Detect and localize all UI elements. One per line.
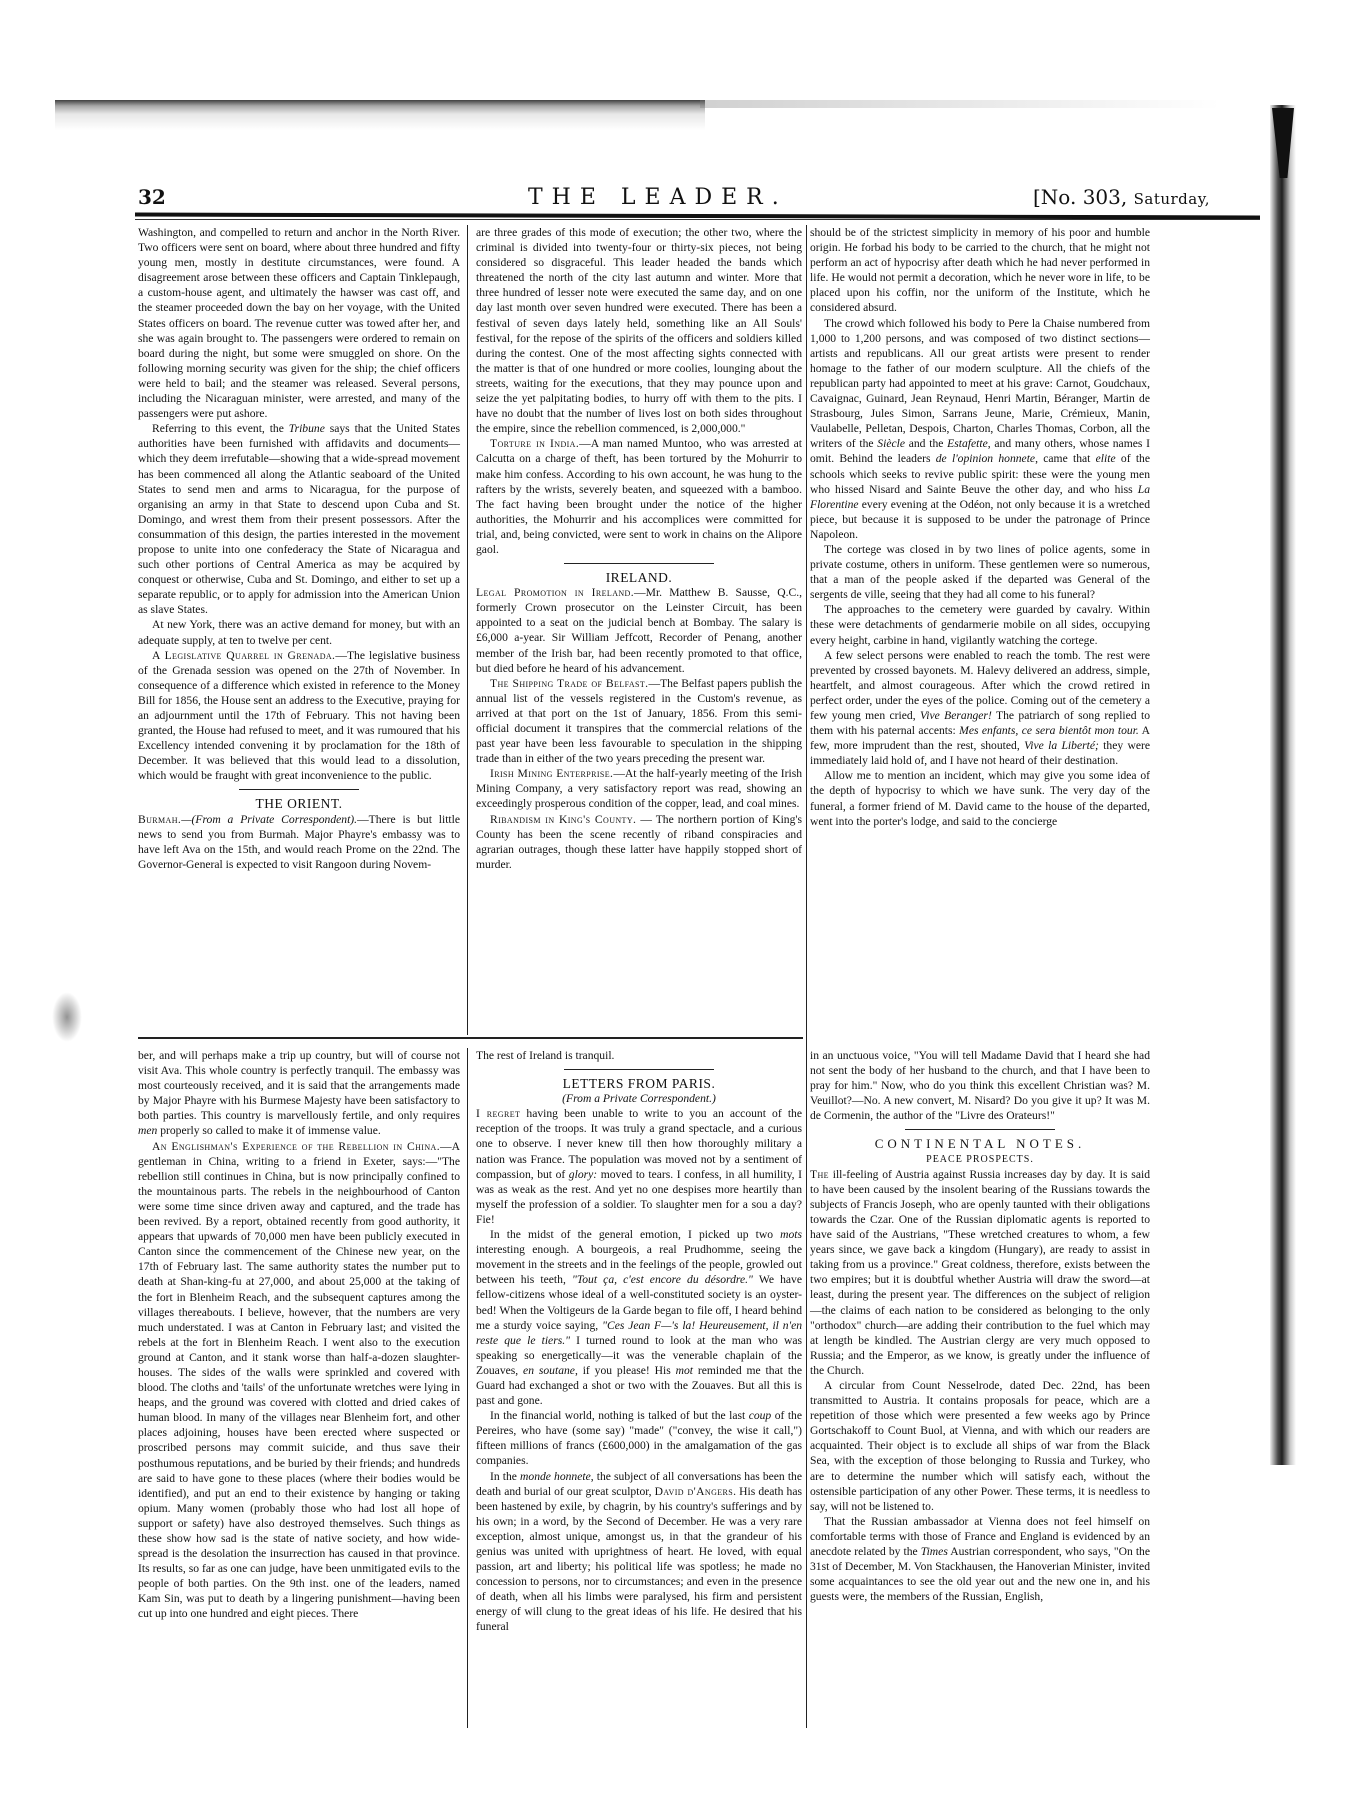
foreign-phrase: de l'opinion honnete [936, 452, 1035, 465]
text: —Mr. Matthew B. Sausse, Q.C., formerly C… [476, 586, 802, 674]
masthead-rule-thin [135, 219, 1260, 220]
scan-shadow-right-edge [1270, 105, 1296, 1465]
column-rule-2-bottom [806, 1030, 807, 1728]
paragraph: should be of the strictest simplicity in… [810, 225, 1150, 316]
section-heading-continental-notes: CONTINENTAL NOTES. [810, 1136, 1150, 1151]
text: ill-feeling of Austria against Russia in… [810, 1168, 1150, 1377]
newspaper-name: Siècle [877, 437, 905, 450]
divider [239, 789, 359, 790]
subheading-peace-prospects: PEACE PROSPECTS. [810, 1152, 1150, 1167]
foreign-phrase: en soutane [523, 1364, 575, 1377]
text: and the [905, 437, 947, 450]
text: , if you please! His [575, 1364, 676, 1377]
text: —A gentleman in China, writing to a frie… [138, 1140, 460, 1621]
paragraph: The Shipping Trade of Belfast.—The Belfa… [476, 676, 802, 767]
person-name: David d'Angers [655, 1485, 734, 1498]
newspaper-name: Times [921, 1545, 948, 1558]
newspaper-title: THE LEADER. [528, 185, 788, 210]
article-run-in-head: Ribandism in King's County. [490, 813, 636, 826]
paragraph: in an unctuous voice, "You will tell Mad… [810, 1048, 1150, 1123]
article-run-in-head: Torture in India. [490, 437, 579, 450]
foreign-phrase: Vive la Liberté; [1024, 739, 1099, 752]
column-2-top: are three grades of this mode of executi… [476, 225, 802, 872]
paragraph: Burmah.—(From a Private Correspondent).—… [138, 812, 460, 872]
text: . His death has been hastened by exile, … [476, 1485, 802, 1634]
newspaper-name: Tribune [289, 422, 325, 435]
paragraph: Legal Promotion in Ireland.—Mr. Matthew … [476, 585, 802, 676]
paragraph: At new York, there was an active demand … [138, 617, 460, 647]
paragraph: A circular from Count Nesselrode, dated … [810, 1378, 1150, 1514]
article-run-in-head: Legal Promotion in Ireland. [476, 586, 634, 599]
paragraph: Irish Mining Enterprise.—At the half-yea… [476, 766, 802, 811]
text: In the midst of the general emotion, I p… [490, 1228, 780, 1241]
paragraph: Referring to this event, the Tribune say… [138, 421, 460, 617]
paragraph: An Englishman's Experience of the Rebell… [138, 1139, 460, 1622]
divider [564, 1069, 714, 1070]
section-heading-orient: THE ORIENT. [138, 796, 460, 811]
text: —The legislative business of the Grenada… [138, 649, 460, 783]
byline: —(From a Private Correspondent). [181, 813, 357, 826]
column-1-bottom: ber, and will perhaps make a trip up cou… [138, 1048, 460, 1622]
paragraph: Washington, and compelled to return and … [138, 225, 460, 421]
column-rule-2-top [806, 225, 807, 1035]
text: , came that [1035, 452, 1096, 465]
column-3-top: should be of the strictest simplicity in… [810, 225, 1150, 829]
issue-number: [No. 303, [1033, 185, 1134, 209]
article-run-in-head: A Legislative Quarrel in Grenada. [152, 649, 335, 662]
section-break-rule [138, 1037, 803, 1039]
foreign-phrase: mot [676, 1364, 693, 1377]
masthead: 32 THE LEADER. [No. 303, Saturday, [138, 185, 1258, 215]
text: In the [490, 1470, 520, 1483]
column-rule-1-bottom [467, 1048, 468, 1728]
divider [564, 563, 714, 564]
text: every evening at the Odéon, not only bec… [810, 498, 1150, 541]
paragraph: That the Russian ambassador at Vienna do… [810, 1514, 1150, 1605]
paragraph: Allow me to mention an incident, which m… [810, 768, 1150, 828]
paragraph: In the financial world, nothing is talke… [476, 1408, 802, 1468]
paragraph: ber, and will perhaps make a trip up cou… [138, 1048, 460, 1139]
section-heading-ireland: IRELAND. [476, 570, 802, 585]
paragraph: The rest of Ireland is tranquil. [476, 1048, 802, 1063]
section-heading-letters-from-paris: LETTERS FROM PARIS. [476, 1076, 802, 1091]
text: ber, and will perhaps make a trip up cou… [138, 1049, 460, 1122]
article-run-in-head: An Englishman's Experience of the Rebell… [152, 1140, 440, 1153]
text: properly so called to make it of immense… [157, 1124, 380, 1137]
scan-shadow-top [55, 100, 705, 130]
issue-line: [No. 303, Saturday, [1033, 185, 1210, 209]
newspaper-name: Estafette [947, 437, 988, 450]
paragraph: Ribandism in King's County. — The northe… [476, 812, 802, 872]
scan-shadow-top-faint [700, 100, 1220, 108]
foreign-phrase: elite [1096, 452, 1116, 465]
text: says that the United States authorities … [138, 422, 460, 616]
scan-smudge [52, 992, 82, 1042]
foreign-phrase: coup [749, 1409, 772, 1422]
paragraph: Torture in India.—A man named Muntoo, wh… [476, 436, 802, 557]
paragraph: A Legislative Quarrel in Grenada.—The le… [138, 648, 460, 784]
paragraph: A few select persons were enabled to rea… [810, 648, 1150, 769]
paragraph: The cortege was closed in by two lines o… [810, 542, 1150, 602]
paragraph: In the midst of the general emotion, I p… [476, 1227, 802, 1408]
paragraph: are three grades of this mode of executi… [476, 225, 802, 436]
column-3-bottom: in an unctuous voice, "You will tell Mad… [810, 1048, 1150, 1604]
foreign-phrase: mots [780, 1228, 802, 1241]
paragraph: In the monde honnete, the subject of all… [476, 1469, 802, 1635]
byline: (From a Private Correspondent.) [476, 1091, 802, 1106]
column-2-bottom: The rest of Ireland is tranquil. LETTERS… [476, 1048, 802, 1635]
foreign-phrase: monde honnete [520, 1470, 591, 1483]
divider [905, 1129, 1055, 1130]
page-number: 32 [138, 185, 166, 209]
foreign-phrase: Vive Beranger! [920, 709, 992, 722]
drop-word: The [810, 1168, 829, 1181]
paragraph: I regret having been unable to write to … [476, 1106, 802, 1227]
paragraph: The approaches to the cemetery were guar… [810, 602, 1150, 647]
drop-word: I regret [476, 1107, 520, 1120]
column-1-top: Washington, and compelled to return and … [138, 225, 460, 872]
article-run-in-head: The Shipping Trade of Belfast. [490, 677, 648, 690]
text: —A man named Muntoo, who was arrested at… [476, 437, 802, 556]
column-rule-1-top [467, 225, 468, 1035]
quotation: "Tout ça, c'est encore du désordre." [572, 1273, 753, 1286]
text: The crowd which followed his body to Per… [810, 317, 1150, 451]
emphasis: glory: [569, 1168, 597, 1181]
emphasis: men [138, 1124, 157, 1137]
foreign-phrase: Mes enfants, ce sera bientôt mon tour. [959, 724, 1139, 737]
article-run-in-head: Burmah. [138, 813, 181, 826]
article-run-in-head: Irish Mining Enterprise. [490, 767, 613, 780]
text: Referring to this event, the [152, 422, 289, 435]
paragraph: The ill-feeling of Austria against Russi… [810, 1167, 1150, 1378]
text: In the financial world, nothing is talke… [490, 1409, 749, 1422]
issue-day: Saturday, [1134, 190, 1210, 208]
paragraph: The crowd which followed his body to Per… [810, 316, 1150, 542]
